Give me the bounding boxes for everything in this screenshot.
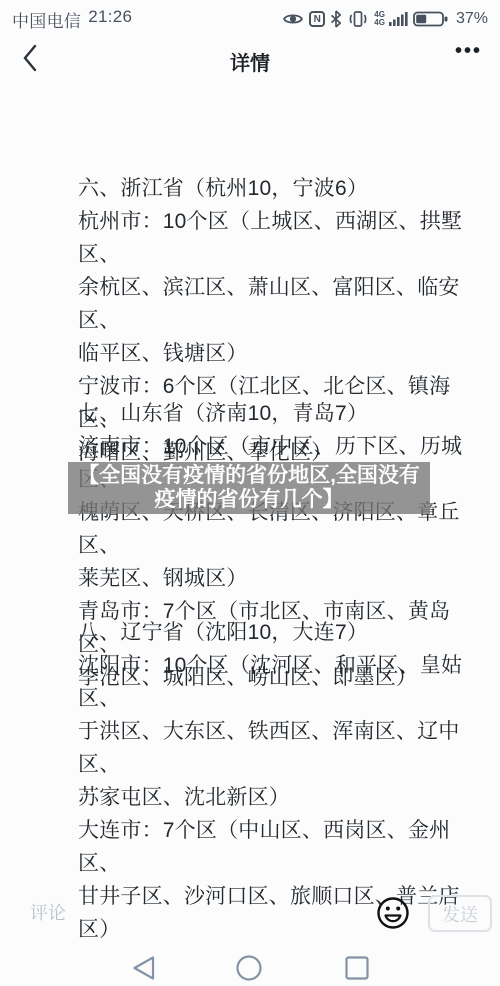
carrier-time: 中国电信 21:26: [12, 7, 132, 32]
more-menu-button[interactable]: •••: [455, 40, 482, 63]
eye-protection-icon: [282, 11, 304, 27]
square-recents-icon: [343, 969, 371, 986]
vibrate-icon: [347, 10, 369, 28]
ellipsis-icon: •••: [455, 40, 482, 62]
signal-network-label: 4G 4G: [374, 11, 385, 27]
triangle-back-icon: [130, 969, 158, 986]
circle-home-icon: [235, 969, 263, 986]
carrier-label: 中国电信: [12, 7, 81, 32]
battery-percent-label: 37%: [456, 10, 488, 28]
clock: 21:26: [88, 7, 132, 32]
signal-icon: [388, 11, 408, 27]
android-home-button[interactable]: [235, 954, 263, 982]
comment-bar: 评论: [0, 884, 500, 942]
battery-icon: [413, 10, 449, 28]
smiley-icon: [375, 918, 411, 935]
nfc-icon: N: [309, 11, 325, 27]
page-title: 详情: [0, 47, 500, 76]
nav-bar: 详情 •••: [0, 38, 500, 84]
send-button[interactable]: 发送: [428, 895, 492, 932]
emoji-button[interactable]: [375, 895, 411, 931]
android-back-button[interactable]: [130, 954, 158, 982]
comment-input[interactable]: 评论: [30, 899, 66, 925]
status-bar: 中国电信 21:26 N 4G 4G: [0, 0, 500, 38]
bluetooth-icon: [330, 10, 342, 28]
send-button-label: 发送: [442, 901, 478, 927]
android-recents-button[interactable]: [343, 954, 371, 982]
android-navigation-bar: [0, 946, 500, 986]
watermark-overlay: 【全国没有疫情的省份地区,全国没有 疫情的省份有几个】: [68, 462, 430, 514]
